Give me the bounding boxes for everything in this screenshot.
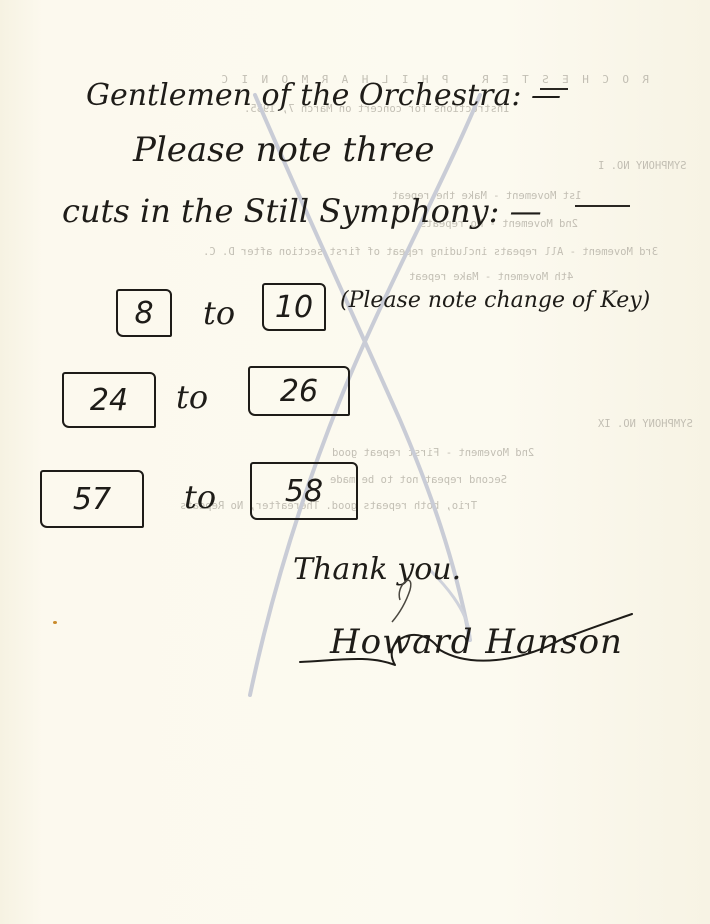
- signature-flourish: [0, 0, 710, 924]
- dash-after-symphony: [575, 205, 630, 207]
- dash-after-salutation: [540, 88, 568, 90]
- paper-speck: [53, 621, 57, 624]
